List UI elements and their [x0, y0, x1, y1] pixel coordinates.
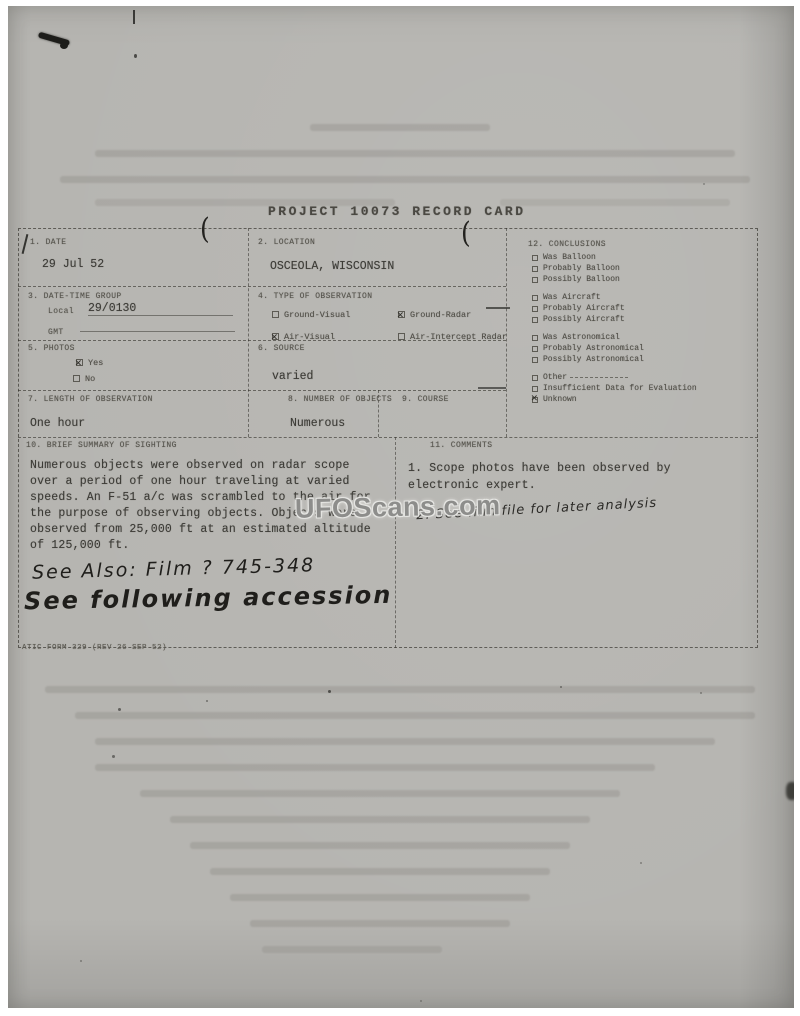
- checkbox-ground-visual: [272, 311, 279, 318]
- ink-speck: [118, 708, 121, 711]
- conclusion-item-label: Probably Astronomical: [543, 344, 644, 353]
- comments-label: 11. COMMENTS: [430, 441, 492, 450]
- checkbox-was-astronomical: [532, 335, 538, 341]
- bleedthrough-line: [60, 176, 750, 183]
- conclusion-item: Was Aircraft: [532, 292, 747, 303]
- gmt-value: [80, 323, 235, 336]
- checkbox-unknown: [532, 397, 538, 403]
- ink-speck: [206, 700, 208, 702]
- checkbox-probably-balloon: [532, 266, 538, 272]
- bleedthrough-line: [262, 946, 442, 953]
- watermark-text: UFOScans.com: [295, 490, 501, 525]
- option-label: Air-Visual: [284, 332, 335, 342]
- card-title: PROJECT 10073 RECORD CARD: [268, 204, 526, 219]
- ink-speck: [112, 755, 115, 758]
- checkbox-was-aircraft: [532, 295, 538, 301]
- number-of-objects-label: 8. NUMBER OF OBJECTS: [288, 395, 392, 404]
- length-of-observation-value: One hour: [30, 417, 85, 430]
- pen-scribble-dot: [60, 42, 68, 49]
- local-label: Local: [48, 307, 74, 316]
- bleedthrough-line: [95, 738, 715, 745]
- conclusion-item-label: Probably Aircraft: [543, 304, 625, 313]
- bleedthrough-line: [210, 868, 550, 875]
- card-line: [248, 228, 249, 437]
- bleedthrough-line: [250, 920, 510, 927]
- ink-speck: [328, 690, 331, 693]
- source-value: varied: [272, 370, 313, 383]
- date-label: 1. DATE: [30, 238, 66, 247]
- bleedthrough-line: [95, 150, 735, 157]
- course-label: 9. COURSE: [402, 395, 449, 404]
- conclusion-item-label: Was Balloon: [543, 253, 596, 262]
- option-label: Air-Intercept Radar: [410, 332, 507, 342]
- ink-speck: [640, 862, 642, 864]
- conclusion-item-label: Unknown: [543, 395, 577, 404]
- conclusion-item-label: Possibly Astronomical: [543, 355, 644, 364]
- comments-typed-text: 1. Scope photos have been observed by el…: [408, 460, 733, 494]
- checkbox-was-balloon: [532, 255, 538, 261]
- ink-speck: [700, 692, 702, 694]
- pen-tick-mark: [133, 10, 135, 24]
- ink-speck: [560, 686, 562, 688]
- conclusion-item-label: Was Astronomical: [543, 333, 620, 342]
- conclusion-item-label: Insufficient Data for Evaluation: [543, 384, 697, 393]
- date-value: 29 Jul 52: [42, 258, 104, 271]
- conclusion-item: Probably Aircraft: [532, 303, 747, 314]
- scanned-page: PROJECT 10073 RECORD CARD ( ( 1. DATE 29…: [8, 6, 794, 1008]
- bleedthrough-line: [310, 124, 490, 131]
- conclusions-label: 12. CONCLUSIONS: [528, 240, 606, 249]
- conclusion-item: Insufficient Data for Evaluation: [532, 383, 747, 394]
- checkbox-other: [532, 375, 538, 381]
- conclusion-item: Possibly Balloon: [532, 274, 747, 285]
- ink-speck: [420, 1000, 422, 1002]
- option-label: Ground-Radar: [410, 310, 471, 320]
- gmt-label: GMT: [48, 328, 64, 337]
- card-line: [18, 390, 506, 391]
- checkbox-air-visual: [272, 333, 279, 340]
- source-label: 6. SOURCE: [258, 344, 305, 353]
- pen-dash-mark: [478, 387, 506, 389]
- checkbox-probably-astronomical: [532, 346, 538, 352]
- bleedthrough-line: [140, 790, 620, 797]
- option-ground-radar: Ground-Radar: [398, 306, 471, 324]
- card-line: [395, 437, 396, 648]
- type-of-observation-label: 4. TYPE OF OBSERVATION: [258, 292, 372, 301]
- conclusion-item: Unknown: [532, 394, 747, 405]
- conclusion-item-label: Probably Balloon: [543, 264, 620, 273]
- form-number: ATIC FORM 329 (REV 26 SEP 52): [22, 644, 167, 652]
- checkbox-possibly-balloon: [532, 277, 538, 283]
- conclusion-item-label: Was Aircraft: [543, 293, 601, 302]
- option-photos-no: No: [73, 370, 95, 388]
- checkbox-ground-radar: [398, 311, 405, 318]
- bleedthrough-line: [500, 199, 730, 206]
- location-value: OSCEOLA, WISCONSIN: [270, 260, 394, 273]
- checkbox-possibly-astronomical: [532, 357, 538, 363]
- conclusion-item: Was Astronomical: [532, 332, 747, 343]
- number-of-objects-value: Numerous: [290, 417, 345, 430]
- bleedthrough-line: [230, 894, 530, 901]
- page-content: PROJECT 10073 RECORD CARD ( ( 1. DATE 29…: [8, 6, 794, 1008]
- conclusions-list: Was Balloon Probably Balloon Possibly Ba…: [532, 252, 747, 405]
- brief-summary-label: 10. BRIEF SUMMARY OF SIGHTING: [26, 441, 177, 450]
- card-line: [18, 437, 758, 438]
- ink-speck: [703, 183, 705, 185]
- option-air-intercept-radar: Air-Intercept Radar: [398, 328, 507, 346]
- option-ground-visual: Ground-Visual: [272, 306, 350, 324]
- pen-dash-mark: [486, 307, 510, 309]
- location-label: 2. LOCATION: [258, 238, 315, 247]
- other-fill-line: [570, 377, 628, 378]
- checkbox-photos-yes: [76, 359, 83, 366]
- conclusion-item: Probably Balloon: [532, 263, 747, 274]
- edge-smudge: [786, 782, 794, 800]
- card-line: [18, 286, 506, 287]
- bleedthrough-line: [190, 842, 570, 849]
- length-of-observation-label: 7. LENGTH OF OBSERVATION: [28, 395, 153, 404]
- checkbox-probably-aircraft: [532, 306, 538, 312]
- conclusion-item: Was Balloon: [532, 252, 747, 263]
- conclusion-item: Probably Astronomical: [532, 343, 747, 354]
- checkbox-air-intercept-radar: [398, 333, 405, 340]
- ink-speck: [80, 960, 82, 962]
- bleedthrough-line: [75, 712, 755, 719]
- checkbox-possibly-aircraft: [532, 317, 538, 323]
- date-time-group-label: 3. DATE-TIME GROUP: [28, 292, 122, 301]
- checkbox-photos-no: [73, 375, 80, 382]
- conclusion-item: Possibly Astronomical: [532, 354, 747, 365]
- conclusion-item: Other: [532, 372, 747, 383]
- bleedthrough-line: [170, 816, 590, 823]
- checkbox-insufficient-data: [532, 386, 538, 392]
- photos-label: 5. PHOTOS: [28, 344, 75, 353]
- option-label: No: [85, 374, 95, 384]
- conclusion-item-label: Possibly Aircraft: [543, 315, 625, 324]
- conclusion-item-label: Possibly Balloon: [543, 275, 620, 284]
- option-label: Ground-Visual: [284, 310, 350, 320]
- bleedthrough-line: [45, 686, 755, 693]
- bleedthrough-line: [95, 764, 655, 771]
- conclusion-item-label: Other: [543, 373, 567, 382]
- pen-dot: [134, 54, 137, 58]
- local-value: 29/0130: [88, 302, 233, 316]
- conclusion-item: Possibly Aircraft: [532, 314, 747, 325]
- option-label: Yes: [88, 358, 103, 368]
